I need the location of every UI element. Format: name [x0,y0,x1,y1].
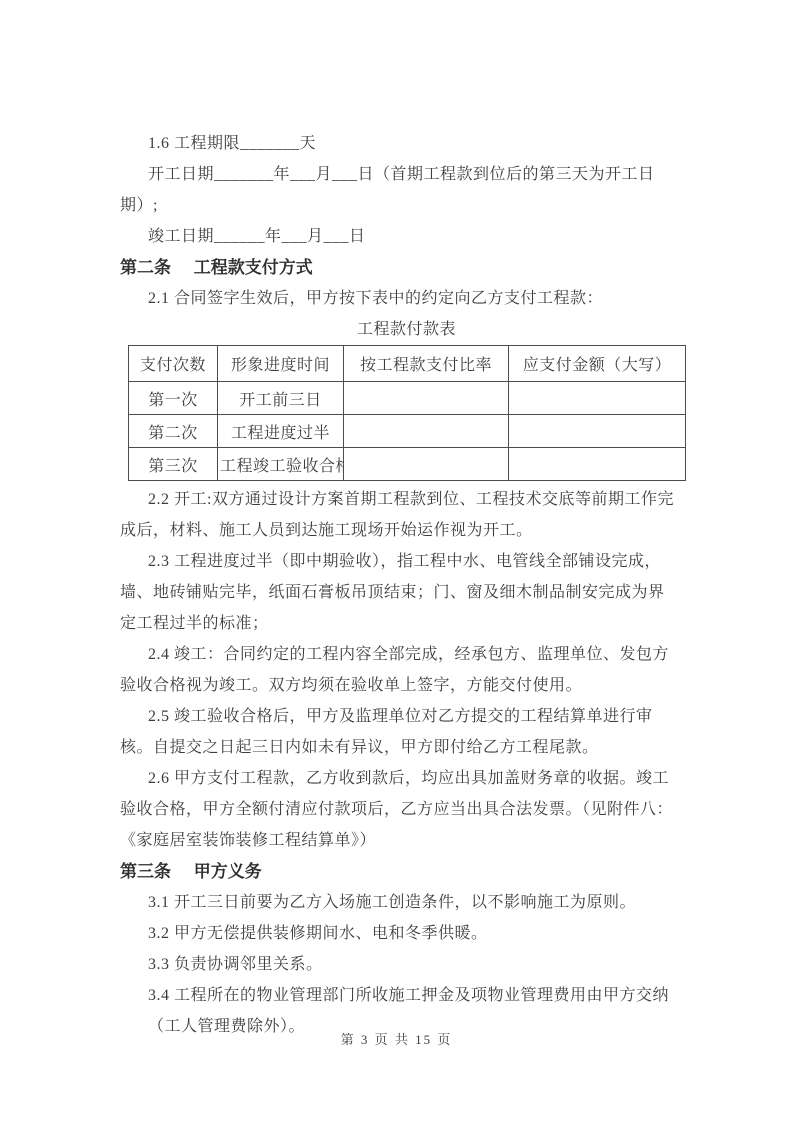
clause-1-6-duration: 1.6 工程期限_______天 [120,128,674,159]
section-3-number: 第三条 [120,862,171,881]
table-row: 第三次 工程竣工验收合格 [129,448,686,481]
table-row: 第二次 工程进度过半 [129,415,686,448]
cell-milestone: 开工前三日 [218,382,344,415]
clause-2-4: 2.4 竣工：合同约定的工程内容全部完成，经承包方、监理单位、发包方验收合格视为… [120,639,674,701]
table-row: 第一次 开工前三日 [129,382,686,415]
header-payment-number: 支付次数 [129,346,218,382]
clause-2-6: 2.6 甲方支付工程款，乙方收到款后，均应出具加盖财务章的收据。竣工验收合格，甲… [120,763,674,856]
cell-payment-number: 第一次 [129,382,218,415]
cell-milestone: 工程进度过半 [218,415,344,448]
clause-2-2: 2.2 开工:双方通过设计方案首期工程款到位、工程技术交底等前期工作完成后，材料… [120,484,674,546]
cell-amount-blank [509,448,686,481]
document-body: 1.6 工程期限_______天 开工日期_______年___月___日（首期… [120,128,674,1042]
section-2-heading: 第二条 工程款支付方式 [120,252,674,283]
section-3-heading: 第三条 甲方义务 [120,856,674,887]
header-payment-ratio: 按工程款支付比率 [344,346,509,382]
clause-3-3: 3.3 负责协调邻里关系。 [120,949,674,980]
document-page: 1.6 工程期限_______天 开工日期_______年___月___日（首期… [0,0,793,1122]
page-number: 第 3 页 共 15 页 [0,1031,793,1049]
section-2-title: 工程款支付方式 [194,258,313,277]
cell-ratio-blank [344,415,509,448]
cell-ratio-blank [344,448,509,481]
section-3-title: 甲方义务 [194,862,262,881]
clause-2-5: 2.5 竣工验收合格后，甲方及监理单位对乙方提交的工程结算单进行审核。自提交之日… [120,701,674,763]
cell-payment-number: 第二次 [129,415,218,448]
header-milestone-time: 形象进度时间 [218,346,344,382]
clause-3-1: 3.1 开工三日前要为乙方入场施工创造条件，以不影响施工为原则。 [120,887,674,918]
cell-amount-blank [509,382,686,415]
cell-amount-blank [509,415,686,448]
start-date-line: 开工日期_______年___月___日（首期工程款到位后的第三天为开工日期）; [120,159,674,221]
clause-2-3: 2.3 工程进度过半（即中期验收），指工程中水、电管线全部铺设完成，墙、地砖铺贴… [120,546,674,639]
cell-payment-number: 第三次 [129,448,218,481]
payment-table-title: 工程款付款表 [128,314,685,345]
cell-milestone: 工程竣工验收合格 [218,448,344,481]
completion-date-line: 竣工日期______年___月___日 [120,221,674,252]
header-amount-in-words: 应支付金额（大写） [509,346,686,382]
section-2-number: 第二条 [120,258,171,277]
clause-3-4: 3.4 工程所在的物业管理部门所收施工押金及项物业管理费用由甲方交纳 [120,980,674,1011]
clause-3-2: 3.2 甲方无偿提供装修期间水、电和冬季供暖。 [120,918,674,949]
payment-table: 支付次数 形象进度时间 按工程款支付比率 应支付金额（大写） 第一次 开工前三日… [128,345,686,481]
payment-table-header-row: 支付次数 形象进度时间 按工程款支付比率 应支付金额（大写） [129,346,686,382]
cell-ratio-blank [344,382,509,415]
clause-2-1: 2.1 合同签字生效后，甲方按下表中的约定向乙方支付工程款： [120,283,674,314]
